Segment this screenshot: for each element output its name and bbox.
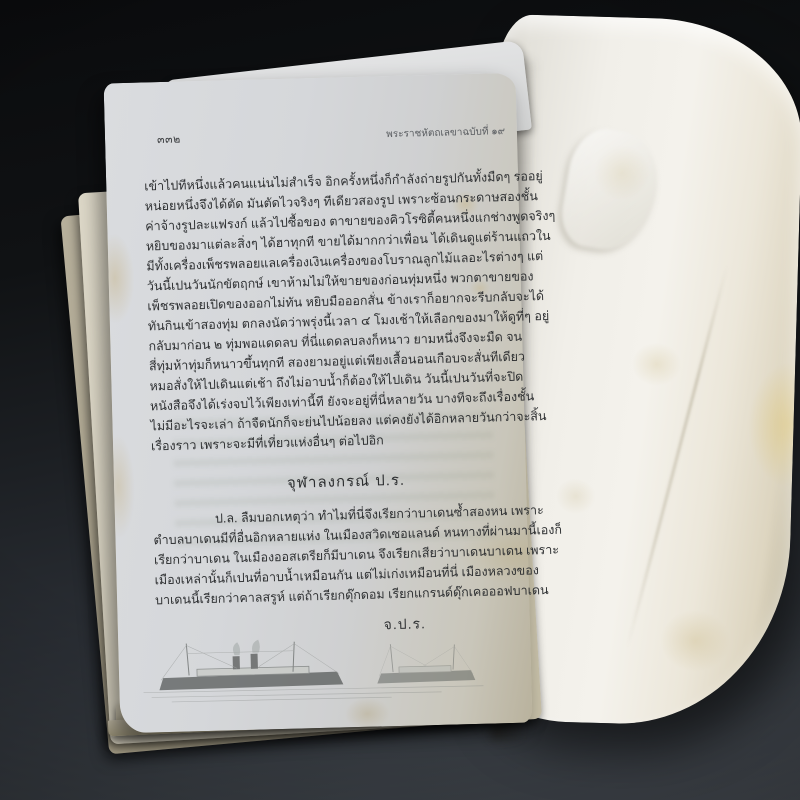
page-number: ๓๓๒ <box>143 130 181 149</box>
text-page: ๓๓๒ พระราชหัตถเลขาฉบับที่ ๑๙ เข้าไปทีหนึ… <box>104 73 533 734</box>
letter-body: เข้าไปทีหนึ่งแล้วคนแน่นไม่สำเร็จ อิกครั้… <box>144 167 513 456</box>
steamship-etching-illustration <box>140 632 486 711</box>
running-head: พระราชหัตถเลขาฉบับที่ ๑๙ <box>386 124 505 142</box>
page-header: ๓๓๒ พระราชหัตถเลขาฉบับที่ ๑๙ <box>143 121 505 146</box>
photo-background: ๓๓๒ พระราชหัตถเลขาฉบับที่ ๑๙ เข้าไปทีหนึ… <box>0 0 800 800</box>
postscript: ป.ล. ลืมบอกเหตุว่า ทำไมที่นี่จึงเรียกว่า… <box>153 501 517 610</box>
